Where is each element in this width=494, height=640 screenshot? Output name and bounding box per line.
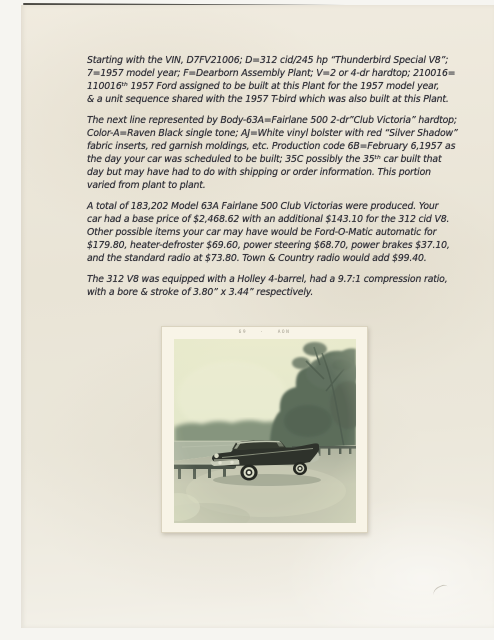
paragraph-production-pricing: A total of 183,202 Model 63A Fairlane 50…	[87, 200, 465, 265]
photo-border-print: 69 · AON	[162, 330, 367, 335]
paper-sheet: Starting with the VIN, D7FV21006; D=312 …	[21, 5, 494, 628]
text-block: Starting with the VIN, D7FV21006; D=312 …	[87, 54, 465, 299]
paragraph-vin-decode: Starting with the VIN, D7FV21006; D=312 …	[87, 54, 465, 106]
green-tint-veil	[174, 339, 356, 523]
paragraph-body-code-decode: The next line represented by Body-63A=Fa…	[87, 114, 465, 192]
vintage-snapshot-photo: 69 · AON	[161, 326, 368, 533]
pencil-smudge-mark	[431, 583, 450, 600]
paragraph-engine-specs: The 312 V8 was equipped with a Holley 4-…	[87, 273, 465, 299]
photo-scene	[174, 339, 356, 523]
